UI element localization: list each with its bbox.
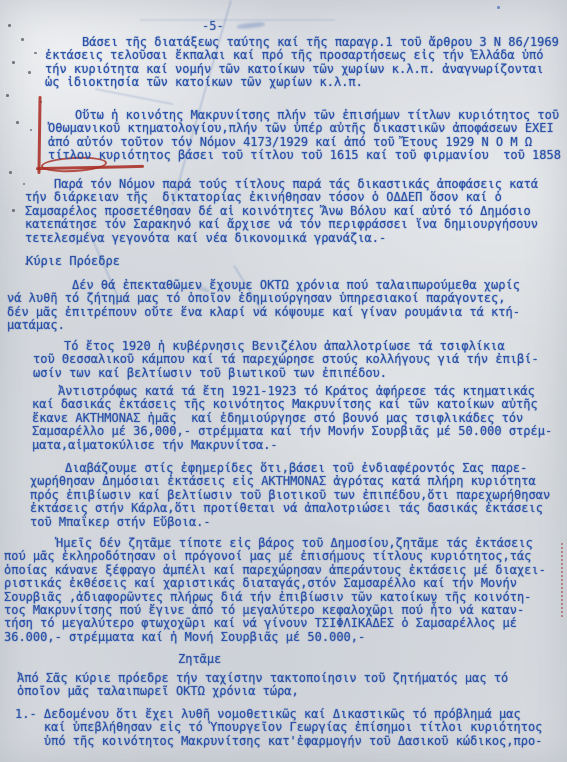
paper-crease: [140, 19, 335, 21]
paragraph-community-titles: Οὕτω ἡ κοινότης Μακρυνίτσης πλήν τῶν ἐπι…: [48, 109, 561, 163]
ink-speck: [12, 209, 15, 212]
paragraph-1921-1923: Ἀντιστρόφως κατά τά ἔτη 1921-1923 τό Κρά…: [32, 385, 552, 452]
paragraph-request: Ἀπό Σᾶς κύριε πρόεδρε τήν ταχίστην τακτο…: [17, 672, 508, 699]
numbered-item-1: 1.- Δεδομένου ὅτι ἔχει λυθῆ νομοθετικῶς …: [15, 708, 542, 748]
ink-speck: [21, 38, 24, 41]
paragraph-newspapers: Διαβάζουμε στίς ἐφημερίδες ὅτι,βάσει τοῦ…: [30, 462, 550, 529]
scanned-document-page: -5- Βάσει τῆς διατάξεως ταύτης καί τῆς π…: [0, 0, 567, 762]
red-margin-line-annotation: [37, 96, 41, 174]
ink-speck: [6, 94, 9, 97]
red-dotted-edge-mark: [561, 543, 563, 617]
paragraph-we-ask-nothing: Ἡμεῖς δέν ζητᾶμε τίποτε εἰς βάρος τοῦ Δη…: [4, 537, 546, 644]
paragraph-eight-years: Δέν θά ἐπεκταθῶμεν ἔχουμε ΟΚΤΩ χρόνια πο…: [7, 279, 520, 333]
ink-speck: [8, 24, 11, 27]
ink-speck: [30, 129, 32, 131]
paragraph-dictatorship: Παρά τόν Νόμον παρά τούς τίτλους παρά τά…: [25, 178, 538, 245]
ink-speck: [16, 121, 19, 124]
ink-speck: [9, 171, 12, 174]
page-number: -5-: [202, 20, 224, 33]
ink-smudge: [237, 22, 265, 30]
paragraph-venizelos-1920: Τό ἔτος 1920 ἡ κυβέρνησις Βενιζέλου ἀπαλ…: [33, 340, 539, 380]
ink-speck: [497, 6, 500, 9]
ink-speck: [12, 61, 15, 64]
request-heading: Ζητᾶμε: [178, 653, 221, 666]
paper-crease: [95, 88, 174, 105]
paragraph-law-basis: Βάσει τῆς διατάξεως ταύτης καί τῆς παραγ…: [45, 36, 559, 90]
ink-speck: [34, 52, 37, 54]
salutation-heading: Κύριε Πρόεδρε: [26, 255, 120, 268]
ink-speck: [28, 71, 31, 74]
